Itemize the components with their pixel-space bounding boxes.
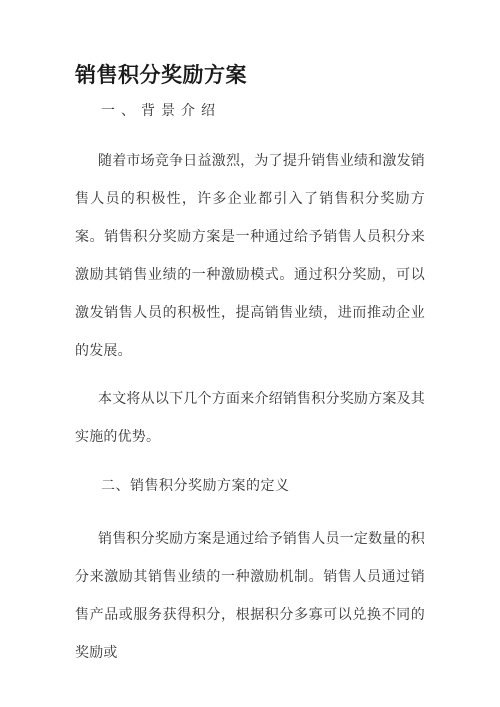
paragraph-definition-1: 销售积分奖励方案是通过给予销售人员一定数量的积分来激励其销售业绩的一种激励机制。… <box>75 521 425 673</box>
paragraph-background-1: 随着市场竞争日益激烈，为了提升销售业绩和激发销售人员的积极性，许多企业都引入了销… <box>75 143 425 371</box>
document-page: 销售积分奖励方案 一、背景介绍 随着市场竞争日益激烈，为了提升销售业绩和激发销售… <box>0 0 500 707</box>
document-content: 销售积分奖励方案 一、背景介绍 随着市场竞争日益激烈，为了提升销售业绩和激发销售… <box>75 0 425 673</box>
document-title: 销售积分奖励方案 <box>75 62 425 90</box>
paragraph-background-2: 本文将从以下几个方面来介绍销售积分奖励方案及其实施的优势。 <box>75 381 425 457</box>
section-heading-definition: 二、销售积分奖励方案的定义 <box>75 468 425 506</box>
section-heading-background: 一、背景介绍 <box>75 93 425 131</box>
